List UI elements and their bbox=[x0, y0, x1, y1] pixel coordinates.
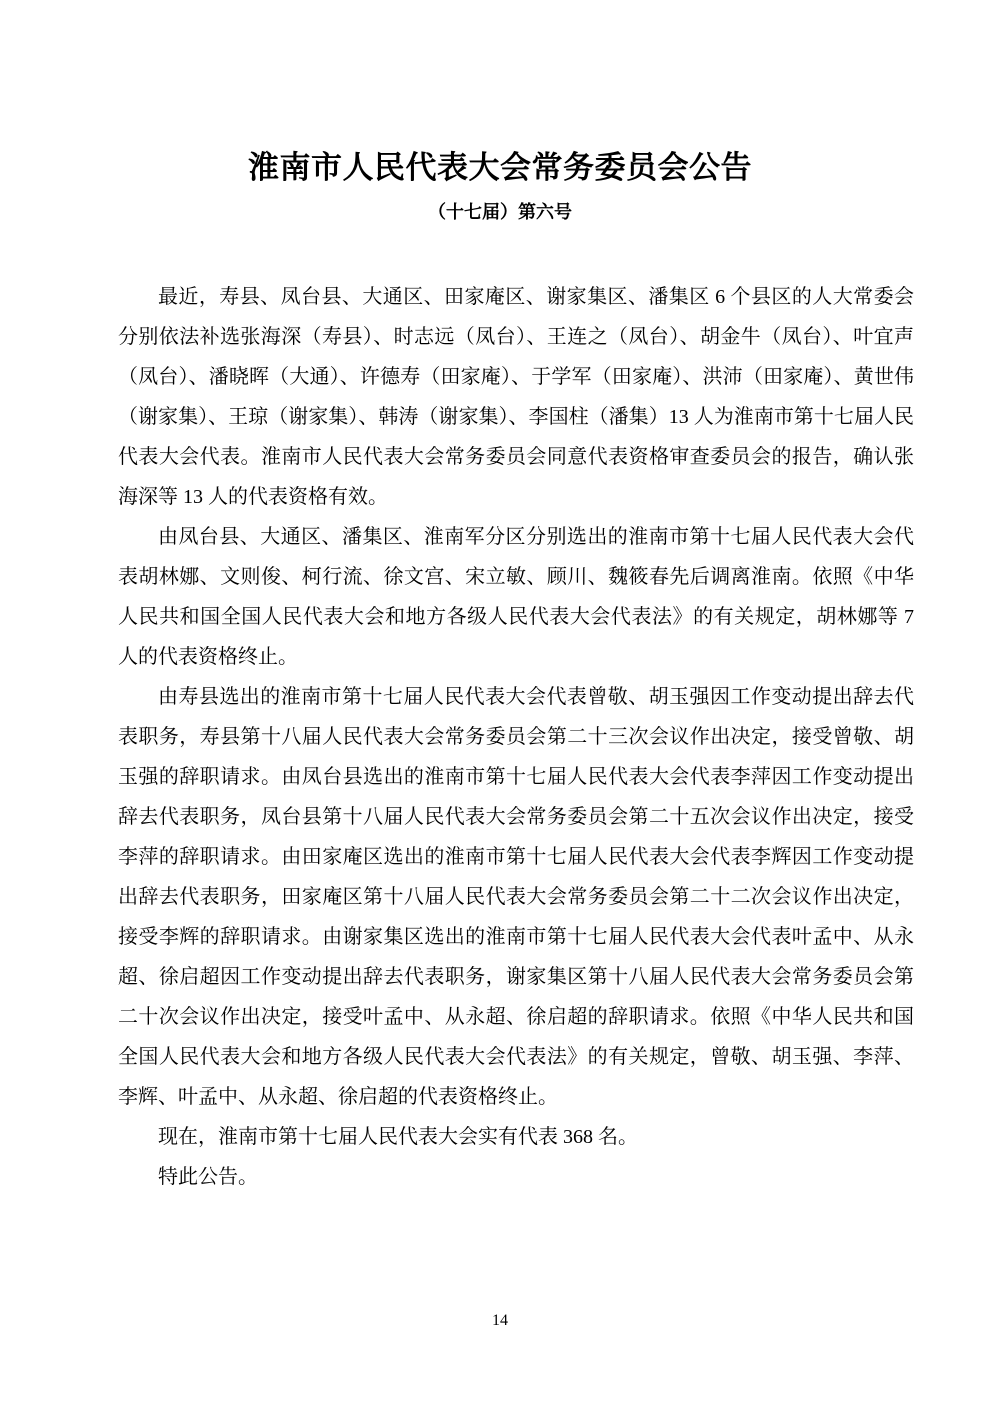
document-body: 最近，寿县、凤台县、大通区、田家庵区、谢家集区、潘集区 6 个县区的人大常委会分… bbox=[118, 277, 914, 1197]
body-paragraph: 由凤台县、大通区、潘集区、淮南军分区分别选出的淮南市第十七届人民代表大会代表胡林… bbox=[118, 517, 914, 677]
body-paragraph: 最近，寿县、凤台县、大通区、田家庵区、谢家集区、潘集区 6 个县区的人大常委会分… bbox=[118, 277, 914, 517]
document-subtitle: （十七届）第六号 bbox=[0, 200, 1000, 224]
body-paragraph: 特此公告。 bbox=[118, 1157, 914, 1197]
page-number: 14 bbox=[0, 1310, 1000, 1332]
body-paragraph: 由寿县选出的淮南市第十七届人民代表大会代表曾敬、胡玉强因工作变动提出辞去代表职务… bbox=[118, 677, 914, 1117]
document-page: 淮南市人民代表大会常务委员会公告 （十七届）第六号 最近，寿县、凤台县、大通区、… bbox=[0, 0, 1000, 1415]
document-title: 淮南市人民代表大会常务委员会公告 bbox=[0, 148, 1000, 188]
body-paragraph: 现在，淮南市第十七届人民代表大会实有代表 368 名。 bbox=[118, 1117, 914, 1157]
